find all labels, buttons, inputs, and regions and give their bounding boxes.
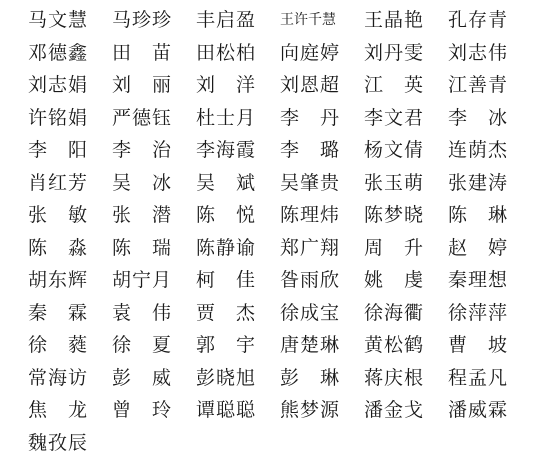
name-cell: 严德钰 bbox=[112, 106, 196, 130]
name-cell: 田松柏 bbox=[196, 41, 280, 65]
name-row-12: 常海访 彭 威 彭晓旭 彭 琳 蒋庆根 程孟凡 bbox=[28, 362, 532, 395]
name-cell: 徐萍萍 bbox=[448, 301, 532, 325]
name-cell: 徐成宝 bbox=[280, 301, 364, 325]
name-cell: 连荫杰 bbox=[448, 138, 532, 162]
name-cell: 李 丹 bbox=[280, 106, 364, 130]
name-cell: 杨文倩 bbox=[364, 138, 448, 162]
name-cell: 陈 琳 bbox=[448, 203, 532, 227]
name-cell: 刘志娟 bbox=[28, 73, 112, 97]
name-cell: 丰启盈 bbox=[196, 8, 280, 32]
name-cell: 徐海衢 bbox=[364, 301, 448, 325]
name-cell: 周 升 bbox=[364, 236, 448, 260]
name-cell: 王晶艳 bbox=[364, 8, 448, 32]
name-cell: 郭 宇 bbox=[196, 333, 280, 357]
name-cell: 秦 霖 bbox=[28, 301, 112, 325]
name-cell: 魏孜辰 bbox=[28, 431, 112, 452]
name-cell: 杜士月 bbox=[196, 106, 280, 130]
name-cell: 陈静谕 bbox=[196, 236, 280, 260]
name-cell: 张 潜 bbox=[112, 203, 196, 227]
name-cell: 吴 斌 bbox=[196, 171, 280, 195]
name-cell: 刘恩超 bbox=[280, 73, 364, 97]
name-cell: 田 苗 bbox=[112, 41, 196, 65]
name-row-5: 李 阳 李 治 李海霞 李 璐 杨文倩 连荫杰 bbox=[28, 134, 532, 167]
name-cell: 陈 淼 bbox=[28, 236, 112, 260]
name-cell: 李海霞 bbox=[196, 138, 280, 162]
name-cell: 曾 玲 bbox=[112, 398, 196, 422]
name-row-2: 邓德鑫 田 苗 田松柏 向庭婷 刘丹雯 刘志伟 bbox=[28, 37, 532, 70]
name-cell: 李文君 bbox=[364, 106, 448, 130]
name-cell: 贾 杰 bbox=[196, 301, 280, 325]
name-cell: 张玉萌 bbox=[364, 171, 448, 195]
name-cell: 张 敏 bbox=[28, 203, 112, 227]
name-cell: 徐 蕤 bbox=[28, 333, 112, 357]
name-cell: 刘 洋 bbox=[196, 73, 280, 97]
name-row-10: 秦 霖 袁 伟 贾 杰 徐成宝 徐海衢 徐萍萍 bbox=[28, 297, 532, 330]
name-row-9: 胡东辉 胡宁月 柯 佳 昝雨欣 姚 虔 秦理想 bbox=[28, 264, 532, 297]
name-cell: 袁 伟 bbox=[112, 301, 196, 325]
name-cell: 李 冰 bbox=[448, 106, 532, 130]
name-row-8: 陈 淼 陈 瑞 陈静谕 郑广翔 周 升 赵 婷 bbox=[28, 232, 532, 265]
name-cell: 向庭婷 bbox=[280, 41, 364, 65]
name-cell: 李 阳 bbox=[28, 138, 112, 162]
name-row-6: 肖红芳 吴 冰 吴 斌 吴肇贵 张玉萌 张建涛 bbox=[28, 167, 532, 200]
name-cell: 郑广翔 bbox=[280, 236, 364, 260]
name-cell: 刘志伟 bbox=[448, 41, 532, 65]
name-cell: 陈理炜 bbox=[280, 203, 364, 227]
name-row-3: 刘志娟 刘 丽 刘 洋 刘恩超 江 英 江善青 bbox=[28, 69, 532, 102]
name-row-1: 马文慧 马珍珍 丰启盈 王许千慧 王晶艳 孔存青 bbox=[28, 4, 532, 37]
name-cell: 黄松鹤 bbox=[364, 333, 448, 357]
name-cell: 秦理想 bbox=[448, 268, 532, 292]
name-cell: 刘丹雯 bbox=[364, 41, 448, 65]
name-cell: 马文慧 bbox=[28, 8, 112, 32]
name-cell: 陈 瑞 bbox=[112, 236, 196, 260]
name-cell: 孔存青 bbox=[448, 8, 532, 32]
name-cell: 彭 威 bbox=[112, 366, 196, 390]
name-cell: 陈 悦 bbox=[196, 203, 280, 227]
name-cell: 胡宁月 bbox=[112, 268, 196, 292]
name-cell: 马珍珍 bbox=[112, 8, 196, 32]
name-cell: 胡东辉 bbox=[28, 268, 112, 292]
name-cell: 刘 丽 bbox=[112, 73, 196, 97]
name-cell: 彭 琳 bbox=[280, 366, 364, 390]
name-cell: 江善青 bbox=[448, 73, 532, 97]
name-row-11: 徐 蕤 徐 夏 郭 宇 唐楚琳 黄松鹤 曹 坡 bbox=[28, 329, 532, 362]
name-cell: 姚 虔 bbox=[364, 268, 448, 292]
name-cell: 吴 冰 bbox=[112, 171, 196, 195]
name-cell: 邓德鑫 bbox=[28, 41, 112, 65]
name-cell: 李 治 bbox=[112, 138, 196, 162]
name-cell: 潘威霖 bbox=[448, 398, 532, 422]
name-cell: 赵 婷 bbox=[448, 236, 532, 260]
name-cell: 彭晓旭 bbox=[196, 366, 280, 390]
name-row-4: 许铭娟 严德钰 杜士月 李 丹 李文君 李 冰 bbox=[28, 102, 532, 135]
name-cell: 谭聪聪 bbox=[196, 398, 280, 422]
name-row-7: 张 敏 张 潜 陈 悦 陈理炜 陈梦晓 陈 琳 bbox=[28, 199, 532, 232]
name-list-grid: 马文慧 马珍珍 丰启盈 王许千慧 王晶艳 孔存青 邓德鑫 田 苗 田松柏 向庭婷… bbox=[28, 4, 532, 452]
name-cell: 唐楚琳 bbox=[280, 333, 364, 357]
name-cell: 焦 龙 bbox=[28, 398, 112, 422]
name-row-13: 焦 龙 曾 玲 谭聪聪 熊梦源 潘金戈 潘威霖 bbox=[28, 394, 532, 427]
name-cell: 昝雨欣 bbox=[280, 268, 364, 292]
name-cell: 肖红芳 bbox=[28, 171, 112, 195]
name-cell: 熊梦源 bbox=[280, 398, 364, 422]
name-cell: 王许千慧 bbox=[280, 8, 364, 32]
name-cell: 潘金戈 bbox=[364, 398, 448, 422]
name-cell: 常海访 bbox=[28, 366, 112, 390]
name-cell: 程孟凡 bbox=[448, 366, 532, 390]
name-cell: 蒋庆根 bbox=[364, 366, 448, 390]
name-cell: 许铭娟 bbox=[28, 106, 112, 130]
name-cell: 徐 夏 bbox=[112, 333, 196, 357]
name-cell: 李 璐 bbox=[280, 138, 364, 162]
name-row-14: 魏孜辰 bbox=[28, 427, 532, 452]
name-cell: 吴肇贵 bbox=[280, 171, 364, 195]
name-cell: 张建涛 bbox=[448, 171, 532, 195]
name-cell: 陈梦晓 bbox=[364, 203, 448, 227]
name-cell: 江 英 bbox=[364, 73, 448, 97]
name-cell: 曹 坡 bbox=[448, 333, 532, 357]
name-cell: 柯 佳 bbox=[196, 268, 280, 292]
